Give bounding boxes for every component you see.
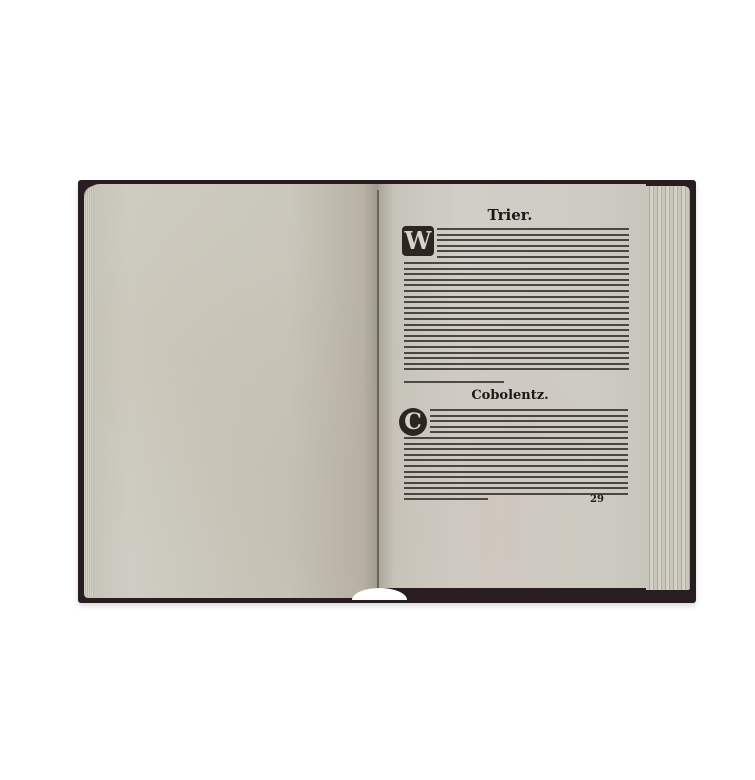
text-block-trier-top bbox=[437, 228, 629, 262]
decorated-initial-c: C bbox=[399, 408, 427, 436]
text-last-line-cobolentz bbox=[404, 498, 488, 500]
book-spine-gutter bbox=[377, 190, 379, 590]
page-number: 29 bbox=[590, 494, 604, 505]
section-heading-trier: Trier. bbox=[470, 206, 550, 224]
left-page-edges bbox=[84, 186, 94, 596]
section-heading-cobolentz: Cobolentz. bbox=[455, 388, 565, 403]
text-block-cobolentz-body bbox=[404, 437, 628, 499]
open-book: Trier. W Cobolentz. C 29 bbox=[0, 0, 755, 780]
left-page-blank bbox=[84, 184, 378, 598]
right-page-edges bbox=[646, 186, 690, 590]
text-last-line-trier bbox=[404, 381, 504, 383]
text-block-trier-body bbox=[404, 262, 629, 374]
decorated-initial-w: W bbox=[402, 226, 434, 256]
text-block-cobolentz-top bbox=[430, 409, 628, 437]
